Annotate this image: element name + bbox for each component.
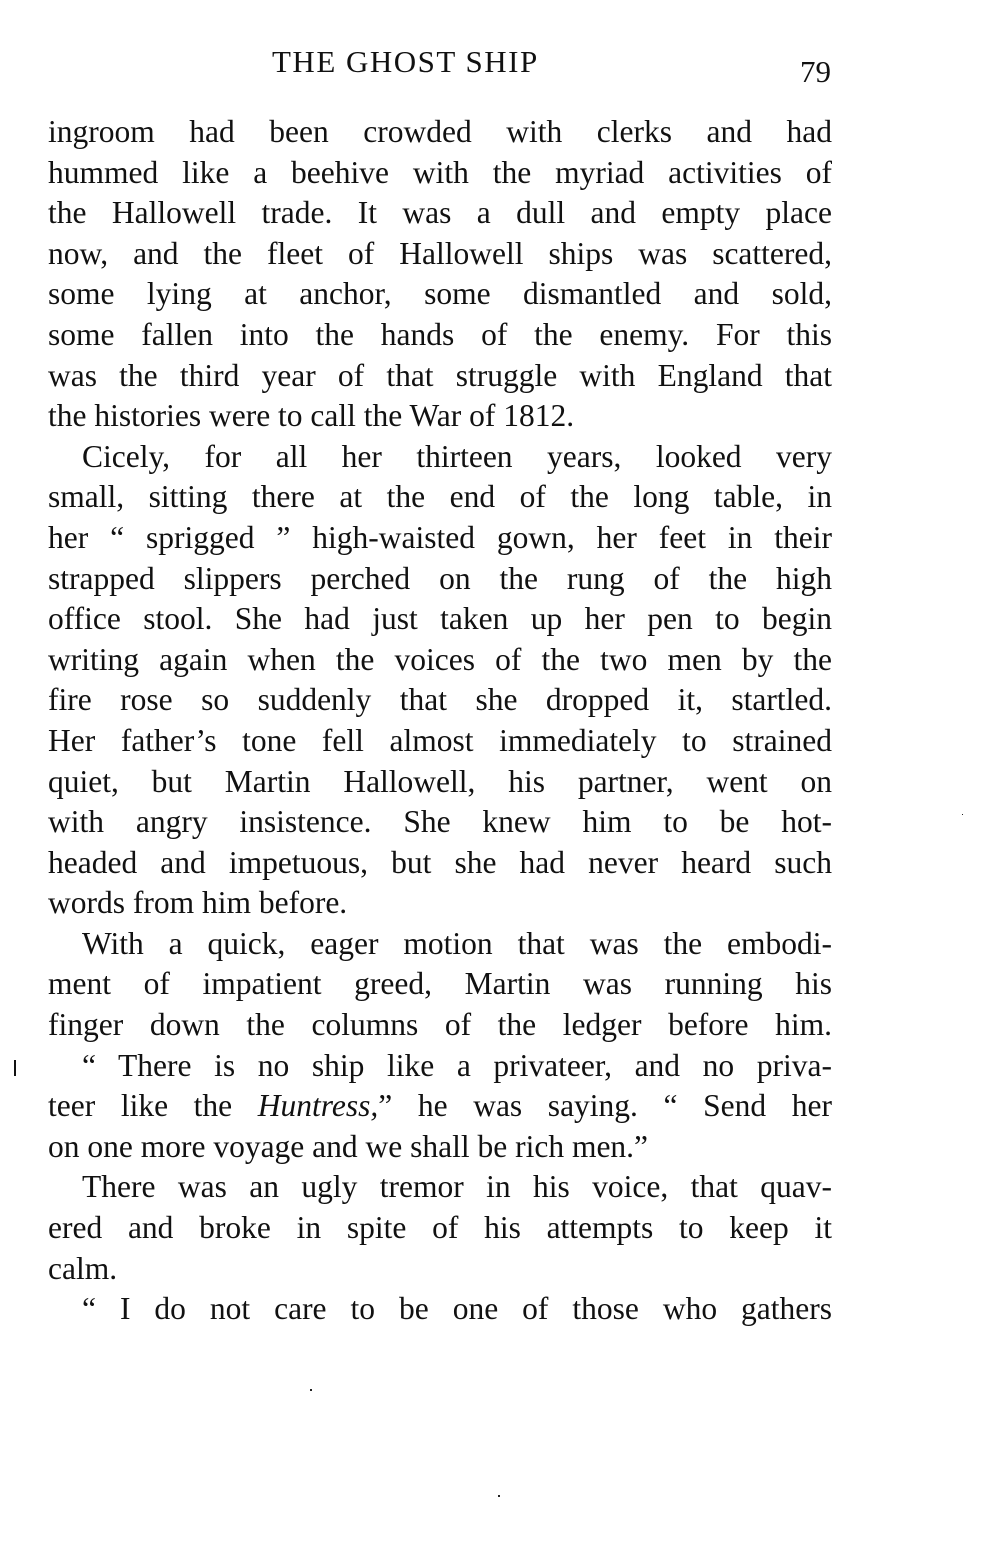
text-line: words from him before. (48, 883, 832, 924)
text-segment: teer like the (48, 1088, 258, 1123)
text-line: on one more voyage and we shall be rich … (48, 1127, 832, 1168)
text-line: the histories were to call the War of 18… (48, 396, 832, 437)
running-head: THE GHOST SHIP 79 (0, 40, 983, 84)
paragraph-start-line: There was an ugly tremor in his voice, t… (48, 1167, 832, 1208)
text-line: office stool. She had just taken up her … (48, 599, 832, 640)
text-line: some fallen into the hands of the enemy.… (48, 315, 832, 356)
text-line: quiet, but Martin Hallowell, his partner… (48, 762, 832, 803)
text-line: with angry insistence. She knew him to b… (48, 802, 832, 843)
text-line: headed and impetuous, but she had never … (48, 843, 832, 884)
text-line: the Hallowell trade. It was a dull and e… (48, 193, 832, 234)
text-line: ingroom had been crowded with clerks and… (48, 112, 832, 153)
text-line: writing again when the voices of the two… (48, 640, 832, 681)
text-line: Her father’s tone fell almost immediatel… (48, 721, 832, 762)
text-line: teer like the Huntress,” he was saying. … (48, 1086, 832, 1127)
text-line: now, and the fleet of Hallowell ships wa… (48, 234, 832, 275)
text-line: some lying at anchor, some dismantled an… (48, 274, 832, 315)
text-line: small, sitting there at the end of the l… (48, 477, 832, 518)
scan-speck (310, 1389, 312, 1391)
text-line: was the third year of that struggle with… (48, 356, 832, 397)
paragraph-start-line: With a quick, eager motion that was the … (48, 924, 832, 965)
text-line: her “ sprigged ” high-waisted gown, her … (48, 518, 832, 559)
page-number: 79 (800, 50, 831, 94)
text-line: ment of impatient greed, Martin was runn… (48, 964, 832, 1005)
paragraph-start-line: Cicely, for all her thirteen years, look… (48, 437, 832, 478)
ship-name-italic: Huntress, (258, 1088, 378, 1123)
text-line: hummed like a beehive with the myriad ac… (48, 153, 832, 194)
scan-speck (962, 814, 963, 815)
paragraph-start-line: “ There is no ship like a privateer, and… (48, 1046, 832, 1087)
paragraph-start-line: “ I do not care to be one of those who g… (48, 1289, 832, 1330)
text-line: fire rose so suddenly that she dropped i… (48, 680, 832, 721)
text-segment: ” he was saying. “ Send her (378, 1088, 832, 1123)
body-text: ingroom had been crowded with clerks and… (48, 112, 832, 1330)
running-title: THE GHOST SHIP (272, 40, 539, 84)
text-line: ered and broke in spite of his attempts … (48, 1208, 832, 1249)
text-line: strapped slippers perched on the rung of… (48, 559, 832, 600)
text-line: calm. (48, 1249, 832, 1290)
scan-speck (498, 1495, 500, 1497)
margin-mark (14, 1060, 16, 1076)
text-line: finger down the columns of the ledger be… (48, 1005, 832, 1046)
